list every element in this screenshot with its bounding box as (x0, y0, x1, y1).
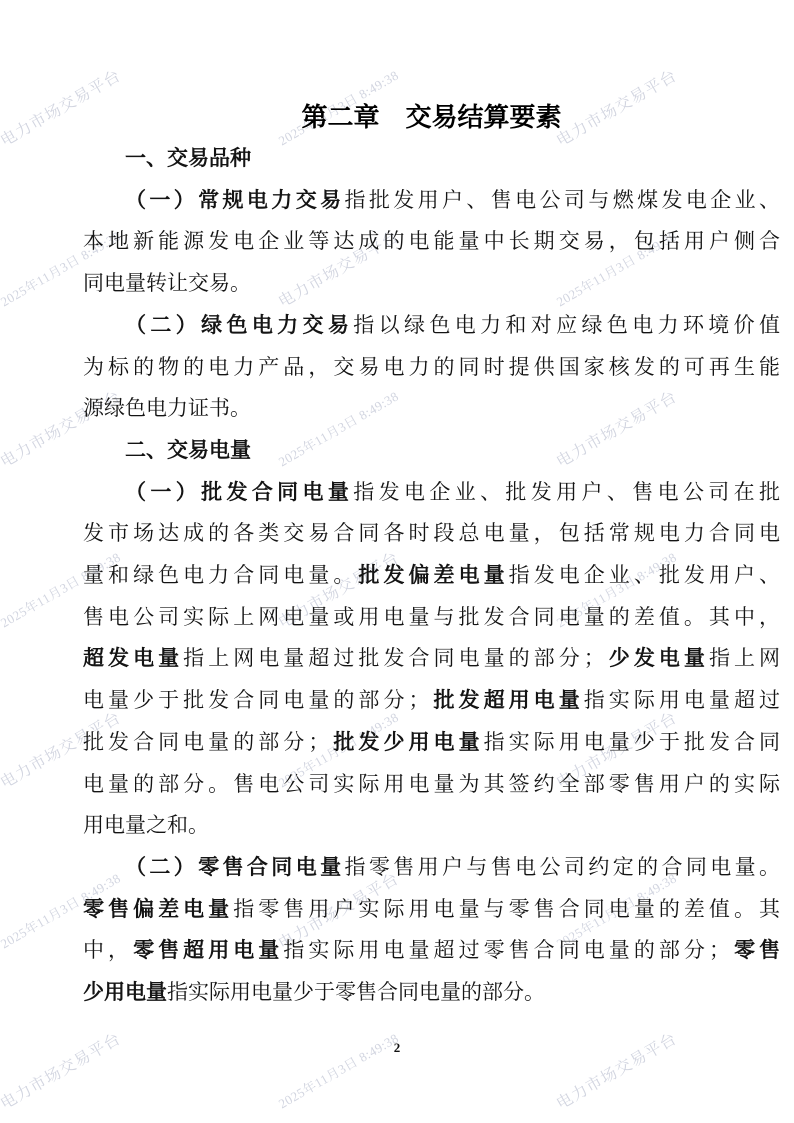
text-run: 中， (83, 938, 133, 962)
paragraph: （一）常规电力交易指批发用户、售电公司与燃煤发电企业、本地新能源发电企业等达成的… (83, 180, 780, 305)
bold-term: 批发偏差电量 (358, 563, 508, 587)
text-run: 同电量转让交易。 (83, 271, 251, 295)
text-run: 指实际用电量超过 (584, 688, 780, 712)
bold-term: 零售超用电量 (133, 938, 283, 962)
document-page: 电力市场交易平台2025年11月3日 8:49:38电力市场交易平台2025年1… (0, 0, 794, 1123)
text-run: 指实际用电量少于批发合同 (484, 730, 780, 754)
text-line: 电量的部分。售电公司实际用电量为其签约全部零售用户的实际 (83, 764, 780, 806)
text-run: 指实际用电量少于零售合同电量的部分。 (167, 980, 545, 1004)
bold-term: 批发少用电量 (329, 730, 483, 754)
text-run: 指发电企业、批发用户、 (509, 563, 780, 587)
text-run: 批发合同电量的部分； (83, 730, 329, 754)
text-line: 用电量之和。 (83, 805, 780, 847)
text-run: 指以绿色电力和对应绿色电力环境价值 (353, 313, 780, 337)
bold-term: 零售合同电量 (198, 855, 344, 879)
paragraph: （二）绿色电力交易指以绿色电力和对应绿色电力环境价值为标的物的电力产品，交易电力… (83, 305, 780, 430)
paragraph: （一）批发合同电量指发电企业、批发用户、售电公司在批发市场达成的各类交易合同各时… (83, 472, 780, 847)
text-run: 指零售用户与售电公司约定的合同电量。 (344, 855, 780, 879)
text-line: （二）零售合同电量指零售用户与售电公司约定的合同电量。 (83, 847, 780, 889)
section-heading: 二、交易电量 (83, 430, 780, 472)
text-run: 用电量之和。 (83, 813, 209, 837)
text-run: 源绿色电力证书。 (83, 396, 251, 420)
bold-term: 二、交易电量 (125, 438, 251, 462)
bold-term: 少用电量 (83, 980, 167, 1004)
text-run: 指实际用电量超过零售合同电量的部分； (283, 938, 730, 962)
section-heading: 一、交易品种 (83, 138, 780, 180)
bold-term: 批发超用电量 (429, 688, 583, 712)
text-line: 量和绿色电力合同电量。批发偏差电量指发电企业、批发用户、 (83, 555, 780, 597)
text-line: 同电量转让交易。 (83, 263, 780, 305)
bold-term: （二） (125, 313, 201, 337)
bold-term: 零售偏差电量 (83, 897, 233, 921)
text-line: 发市场达成的各类交易合同各时段总电量，包括常规电力合同电 (83, 513, 780, 555)
text-line: 源绿色电力证书。 (83, 388, 780, 430)
paragraph: （二）零售合同电量指零售用户与售电公司约定的合同电量。零售偏差电量指零售用户实际… (83, 847, 780, 1014)
text-run: 发市场达成的各类交易合同各时段总电量，包括常规电力合同电 (83, 521, 780, 545)
bold-term: 批发合同电量 (201, 480, 353, 504)
bold-term: 超发电量 (83, 646, 183, 670)
text-run: 量和绿色电力合同电量。 (83, 563, 358, 587)
text-line: 一、交易品种 (83, 138, 780, 180)
bold-term: 一、交易品种 (125, 146, 251, 170)
document-text-block: 第二章 交易结算要素 一、交易品种（一）常规电力交易指批发用户、售电公司与燃煤发… (83, 96, 780, 1014)
text-run: 指上网 (709, 646, 780, 670)
text-line: （一）常规电力交易指批发用户、售电公司与燃煤发电企业、 (83, 180, 780, 222)
bold-term: （一） (125, 480, 201, 504)
text-line: 本地新能源发电企业等达成的电能量中长期交易，包括用户侧合 (83, 221, 780, 263)
text-line: 批发合同电量的部分；批发少用电量指实际用电量少于批发合同 (83, 722, 780, 764)
text-run: 本地新能源发电企业等达成的电能量中长期交易，包括用户侧合 (83, 229, 780, 253)
page-number: 2 (0, 1040, 794, 1056)
chapter-title: 第二章 交易结算要素 (83, 96, 780, 138)
bold-term: 少发电量 (605, 646, 709, 670)
text-line: 零售偏差电量指零售用户实际用电量与零售合同电量的差值。其 (83, 889, 780, 931)
text-line: 电量少于批发合同电量的部分；批发超用电量指实际用电量超过 (83, 680, 780, 722)
text-run: 售电公司实际上网电量或用电量与批发合同电量的差值。其中， (83, 605, 780, 629)
text-run: 指批发用户、售电公司与燃煤发电企业、 (344, 188, 780, 212)
text-run: 指发电企业、批发用户、售电公司在批 (353, 480, 780, 504)
bold-term: （二） (125, 855, 198, 879)
document-body: 一、交易品种（一）常规电力交易指批发用户、售电公司与燃煤发电企业、本地新能源发电… (83, 138, 780, 1014)
bold-term: （一） (125, 188, 198, 212)
text-run: 电量少于批发合同电量的部分； (83, 688, 429, 712)
bold-term: 零售 (730, 938, 780, 962)
text-line: 售电公司实际上网电量或用电量与批发合同电量的差值。其中， (83, 597, 780, 639)
text-run: 指零售用户实际用电量与零售合同电量的差值。其 (233, 897, 780, 921)
text-line: 少用电量指实际用电量少于零售合同电量的部分。 (83, 972, 780, 1014)
bold-term: 绿色电力交易 (201, 313, 353, 337)
text-line: 为标的物的电力产品，交易电力的同时提供国家核发的可再生能 (83, 347, 780, 389)
text-line: （二）绿色电力交易指以绿色电力和对应绿色电力环境价值 (83, 305, 780, 347)
bold-term: 常规电力交易 (198, 188, 344, 212)
text-run: 电量的部分。售电公司实际用电量为其签约全部零售用户的实际 (83, 772, 780, 796)
text-line: 二、交易电量 (83, 430, 780, 472)
text-run: 为标的物的电力产品，交易电力的同时提供国家核发的可再生能 (83, 355, 780, 379)
text-run: 指上网电量超过批发合同电量的部分； (183, 646, 605, 670)
text-line: 中，零售超用电量指实际用电量超过零售合同电量的部分；零售 (83, 930, 780, 972)
text-line: 超发电量指上网电量超过批发合同电量的部分；少发电量指上网 (83, 638, 780, 680)
text-line: （一）批发合同电量指发电企业、批发用户、售电公司在批 (83, 472, 780, 514)
